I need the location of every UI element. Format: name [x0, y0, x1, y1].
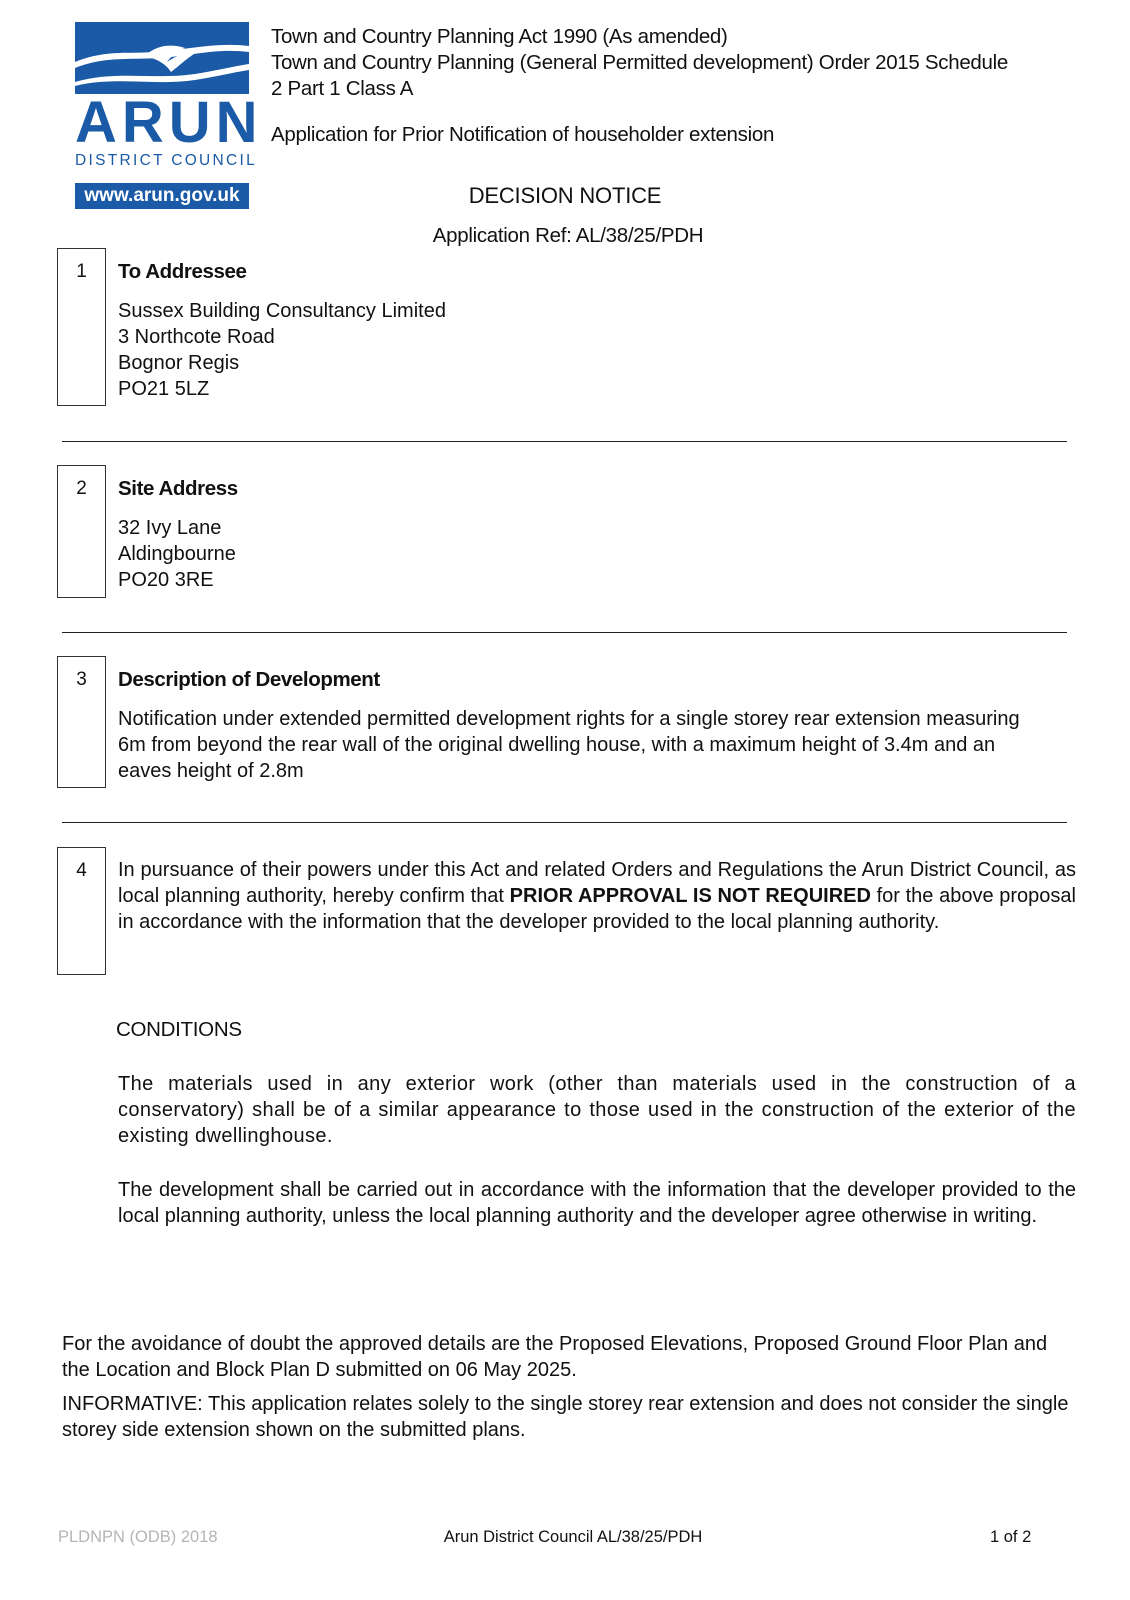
description-line: Notification under extended permitted de… [118, 706, 1078, 732]
address-line: Bognor Regis [118, 350, 446, 376]
condition-item: The development shall be carried out in … [118, 1177, 1076, 1229]
footer-reference: Arun District Council AL/38/25/PDH [0, 1528, 1130, 1547]
decision-outcome: PRIOR APPROVAL IS NOT REQUIRED [510, 885, 871, 907]
addressee-details: Sussex Building Consultancy Limited 3 No… [118, 298, 446, 402]
seagull-waves-icon [75, 22, 249, 94]
application-reference: Application Ref: AL/38/25/PDH [0, 224, 1130, 248]
approved-details-note: For the avoidance of doubt the approved … [62, 1331, 1072, 1383]
section-divider [62, 822, 1067, 823]
application-type: Application for Prior Notification of ho… [271, 122, 1081, 148]
legislation-header: Town and Country Planning Act 1990 (As a… [271, 24, 1081, 148]
section-number: 1 [58, 261, 105, 283]
decision-statement: In pursuance of their powers under this … [118, 857, 1076, 935]
condition-item: The materials used in any exterior work … [118, 1071, 1076, 1149]
section-number: 4 [58, 860, 105, 882]
site-address-details: 32 Ivy Lane Aldingbourne PO20 3RE [118, 515, 236, 593]
section-title-addressee: To Addressee [118, 260, 247, 284]
section-number-box: 1 [57, 248, 106, 406]
header-line: 2 Part 1 Class A [271, 76, 1081, 102]
address-line: Sussex Building Consultancy Limited [118, 298, 446, 324]
conditions-heading: CONDITIONS [116, 1018, 242, 1042]
address-line: 3 Northcote Road [118, 324, 446, 350]
arun-district-council-logo: ARUN DISTRICT COUNCIL www.arun.gov.uk [75, 22, 249, 209]
page-number: 1 of 2 [990, 1528, 1031, 1547]
header-line: Town and Country Planning (General Permi… [271, 50, 1081, 76]
development-description: Notification under extended permitted de… [118, 706, 1078, 784]
approval-notes: For the avoidance of doubt the approved … [62, 1331, 1072, 1451]
section-title-site-address: Site Address [118, 477, 238, 501]
address-line: PO20 3RE [118, 567, 236, 593]
informative-note: INFORMATIVE: This application relates so… [62, 1391, 1072, 1443]
header-line: Town and Country Planning Act 1990 (As a… [271, 24, 1081, 50]
notice-title: DECISION NOTICE [0, 183, 1130, 209]
section-number: 3 [58, 669, 105, 691]
section-number-box: 4 [57, 847, 106, 975]
address-line: 32 Ivy Lane [118, 515, 236, 541]
section-title-description: Description of Development [118, 668, 380, 692]
description-line: eaves height of 2.8m [118, 758, 1078, 784]
description-line: 6m from beyond the rear wall of the orig… [118, 732, 1078, 758]
logo-subtitle: DISTRICT COUNCIL [75, 152, 249, 170]
section-number: 2 [58, 478, 105, 500]
section-number-box: 3 [57, 656, 106, 788]
section-divider [62, 632, 1067, 633]
section-divider [62, 441, 1067, 442]
section-number-box: 2 [57, 465, 106, 598]
logo-wordmark: ARUN [75, 96, 249, 150]
address-line: Aldingbourne [118, 541, 236, 567]
address-line: PO21 5LZ [118, 376, 446, 402]
